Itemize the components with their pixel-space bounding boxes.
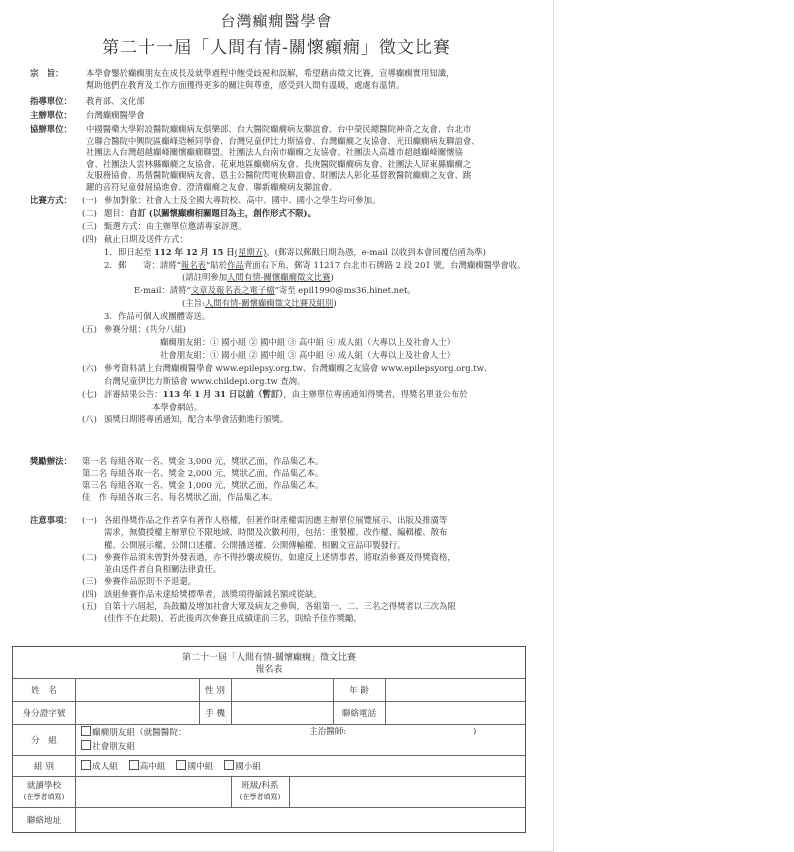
refs-line: 台灣兒童伊比力斯協會 www.childepi.org.tw 查詢。	[82, 375, 535, 388]
mail-line: 2.郵 寄：請將“報名表”貼於作品背面右下角，郵寄 11217 台北市石牌路 2…	[104, 259, 535, 272]
purpose-label: 宗 旨：	[30, 68, 82, 80]
school-field[interactable]	[75, 776, 231, 807]
form-subtitle: 報名表	[13, 662, 525, 675]
note-item: (四)該組參賽作品未達給獎標準者，該獎項得縮減名額或從缺。	[82, 588, 535, 600]
co-host-line: 友服務協會、馬偕醫院癲癇病友會、恩主公醫院閃電俠聯誼會、財團法人彰化基督教醫院癲…	[86, 170, 535, 182]
notes-label: 注意事項：	[30, 514, 82, 526]
name-label: 姓 名	[13, 678, 75, 701]
id-field[interactable]	[75, 701, 199, 724]
age-label: 年 齡	[333, 678, 385, 701]
mobile-field[interactable]	[231, 701, 333, 724]
note-line: 並由送件者自負相關法律責任。	[82, 563, 535, 575]
host-unit-label: 主辦單位：	[30, 110, 82, 122]
competition-label: 比賽方式：	[30, 194, 82, 207]
note-item: (五)自第十六屆起，為鼓勵及增加社會大眾及病友之參與，各組第一、二、三名之得獎者…	[82, 600, 535, 612]
id-label: 身分證字號	[13, 701, 75, 724]
item3-line: 3.作品可個人或團體寄送。	[104, 310, 535, 323]
co-host-line: 立聯合醫院中興院區癲峰造極同學會、台灣兒童伊比力斯協會、台灣癲癇之友協會、光田癲…	[86, 136, 535, 148]
doctor-label: 主治醫師:	[309, 726, 346, 739]
competition-item: (四)截止日期及送件方式：	[82, 233, 535, 246]
address-label: 聯絡地址	[13, 807, 75, 832]
org-name: 台灣癲癇醫學會	[0, 10, 553, 31]
gender-field[interactable]	[231, 678, 333, 701]
host-unit-value: 台灣癲癇醫學會	[86, 110, 535, 122]
co-host-line: 會、社團法人雲林縣癲癇之友協會、花東地區癲癇病友會、長庚醫院癲癇病友會、社團法人…	[86, 159, 535, 171]
class-field[interactable]	[289, 776, 525, 807]
elementary-label: 國小組	[235, 762, 261, 772]
refs-item: (六)參考資料請上台灣癲癇醫學會 www.epilepsy.org.tw、台灣癲…	[82, 362, 535, 375]
group-row: 癲癇朋友組：① 國小組 ② 國中組 ③ 高中組 ④ 成人組（大專以上及社會人士）	[82, 336, 535, 349]
elementary-checkbox[interactable]	[224, 760, 234, 770]
email-subject-note: (主旨:人間有情-關懷癲癇徵文比賽及組別)	[82, 297, 535, 310]
class-label: 班級/科系	[241, 781, 278, 792]
mail-note: (請註明參加人間有情-關懷癲癇徵文比賽)	[82, 271, 535, 284]
note-item: (三)參賽作品原則不予退還。	[82, 575, 535, 587]
group-row: 社會朋友組：① 國小組 ② 國中組 ③ 高中組 ④ 成人組（大專以上及社會人士）	[82, 349, 535, 362]
competition-item: (三)甄選方式：由主辦單位邀請專家評選。	[82, 220, 535, 233]
junior-high-checkbox[interactable]	[176, 760, 186, 770]
results-item: (七)評審結果公告：113 年 1 月 31 日以前（暫訂），由主辦單位專函通知…	[82, 388, 535, 401]
school-label: 就讀學校	[27, 781, 61, 792]
adult-label: 成人組	[92, 762, 118, 772]
document-page: 台灣癲癇醫學會 第二十一屆「人間有情-關懷癲癇」徵文比賽 宗 旨： 本學會鑒於癲…	[0, 0, 554, 852]
co-host-line: 躍的音符兒童發展協進會、澄清癲癇之友會、聯新癲癇病友聯誼會。	[86, 182, 535, 194]
co-host-line: 社團法人台灣超越癲峰關懷癲癇聯盟、社團法人台南市癲癇之友協會、社團法人高雄市超越…	[86, 147, 535, 159]
mobile-label: 手 機	[199, 701, 231, 724]
note-item: (二)參賽作品須未曾對外發表過，亦不得抄襲或模仿，如違反上述情事者，將取消參賽及…	[82, 551, 535, 563]
class-label-cell: 班級/科系 (在學者填寫)	[231, 776, 289, 807]
purpose-line: 本學會鑒於癲癇朋友在成長及就學過程中飽受歧視和誤解，希望藉由徵文比賽，宣導癲癇實…	[86, 68, 535, 80]
page-title: 第二十一屆「人間有情-關懷癲癇」徵文比賽	[0, 33, 553, 58]
note-line: 權、公開展示權、公開口述權、公開播送權、公開傳輸權、相關文宣品印製發行。	[82, 539, 535, 551]
age-field[interactable]	[385, 678, 525, 701]
groups-item: (五)參賽分組：(共分八組)	[82, 323, 535, 336]
address-field[interactable]	[75, 807, 525, 832]
social-group-label: 社會朋友組	[92, 742, 135, 752]
name-field[interactable]	[75, 678, 199, 701]
school-note: (在學者填寫)	[24, 792, 64, 803]
note-item: (一)各組得獎作品之作者享有著作人格權，但著作財產權需因應主辦單位展覽展示、出版…	[82, 514, 535, 526]
guiding-unit-value: 教育部、文化部	[86, 96, 535, 108]
epilepsy-group-checkbox[interactable]	[81, 726, 91, 736]
group-label: 分 組	[13, 724, 75, 755]
close-paren: )	[473, 726, 476, 739]
class-note: (在學者填寫)	[240, 792, 280, 803]
grade-label: 組 別	[13, 755, 75, 776]
email-line: E-mail：請將“文章及報名表之電子檔”寄至 epil1990@ms36.hi…	[82, 284, 535, 297]
school-label-cell: 就讀學校 (在學者填寫)	[13, 776, 75, 807]
grade-options: 成人組 高中組 國中組 國小組	[81, 760, 261, 772]
note-line: 需求，無償授權主辦單位不限地域、時間及次數利用，包括：重製權、改作權、編輯權、散…	[82, 526, 535, 538]
purpose-line: 幫助他們在教育及工作方面獲得更多的關注與尊重，感受到人間有溫暖，處處有溫情。	[86, 80, 535, 92]
note-line: (佳作不在此限)，若此後再次參賽且成績達前三名，則給予佳作獎勵。	[82, 612, 535, 624]
competition-item: (二)題目：自訂 (以關懷癲癇相關題目為主，創作形式不限)。	[82, 207, 535, 220]
co-host-label: 協辦單位：	[30, 124, 82, 136]
deadline-line: 1.即日起至 112 年 12 月 15 日(星期五)。(郵寄以郵戳日期為憑，e…	[104, 246, 535, 259]
epilepsy-group-label: 癲癇朋友組（就醫醫院：	[92, 728, 187, 738]
group-options: 癲癇朋友組（就醫醫院： 主治醫師: ) 社會朋友組	[81, 726, 521, 754]
awards-label: 獎勵辦法：	[30, 455, 82, 467]
adult-checkbox[interactable]	[81, 760, 91, 770]
social-group-checkbox[interactable]	[81, 740, 91, 750]
gender-label: 性 別	[199, 678, 231, 701]
high-school-label: 高中組	[140, 762, 166, 772]
competition-item: (一)參加對象：社會人士及全國大專院校、高中、國中、國小之學生均可參加。	[82, 194, 535, 207]
junior-high-label: 國中組	[187, 762, 213, 772]
high-school-checkbox[interactable]	[129, 760, 139, 770]
award-row: 第一名 每組各取一名、獎金 3,000 元，獎狀乙面，作品集乙本。	[82, 455, 535, 467]
award-row: 第二名 每組各取一名、獎金 2,000 元，獎狀乙面，作品集乙本。	[82, 467, 535, 479]
phone-field[interactable]	[385, 701, 525, 724]
registration-form: 第二十一屆「人間有情-關懷癲癇」徵文比賽 報名表 姓 名 性 別 年 齡 身分證…	[12, 646, 526, 833]
results-line: 本學會網站。	[82, 401, 535, 414]
guiding-unit-label: 指導單位：	[30, 96, 82, 108]
ceremony-item: (八)頒獎日期將專函通知，配合本學會活動進行頒獎。	[82, 413, 535, 426]
phone-label: 聯絡電話	[333, 701, 385, 724]
award-row: 第三名 每組各取一名、獎金 1,000 元，獎狀乙面，作品集乙本。	[82, 479, 535, 491]
award-row: 佳 作 每組各取三名、每名獎狀乙面，作品集乙本。	[82, 491, 535, 503]
co-host-line: 中國醫藥大學附設醫院癲癇病友俱樂部、台大醫院癲癇病友聯誼會、台中榮民總醫院神奇之…	[86, 124, 535, 136]
